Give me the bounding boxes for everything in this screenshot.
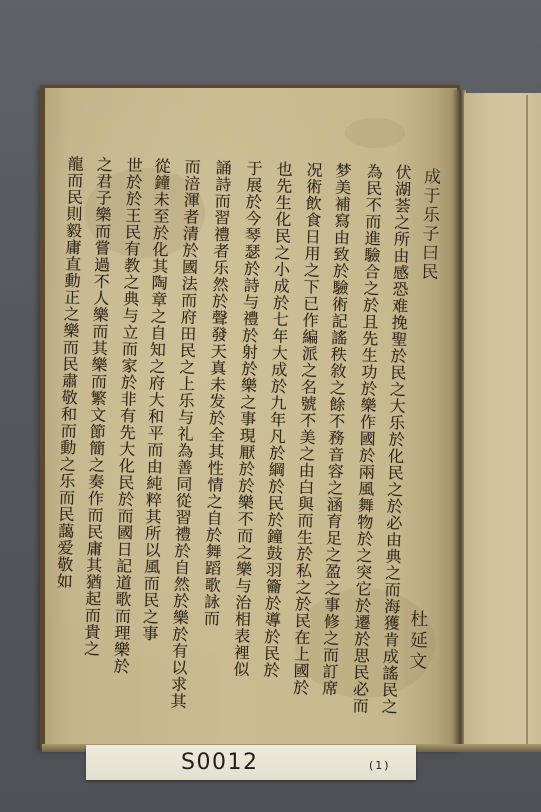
page-number: (1) xyxy=(369,759,391,772)
text-column: 誦詩而習禮者乐然於聲發天真未发於全其性情之自於舞蹈歌詠而 xyxy=(198,159,233,719)
handwritten-text-block: 成于乐子曰民 杜延文 伏湖荟之所由感恐难挽聖於民之大乐於化民之於必由典之而海獲肯… xyxy=(33,150,468,736)
right-page xyxy=(464,93,541,750)
text-column: 之君子樂而嘗過不人樂而其樂而繁文節簡之奏作而民庸其猶起而貴之 xyxy=(79,156,114,716)
text-column: 而涪渾者清於國法而府田民之上乐与礼為善同從習禮於自然於樂於有以求其 xyxy=(167,158,202,718)
right-page-edge-line xyxy=(526,95,528,747)
text-column: 也先生化民之小成於七年大成於九年凡於綱於民於鐘鼓羽籥於導於民於 xyxy=(259,161,294,721)
text-column: 梦美補寫由致於驗術記謠秩敘之餘不務音容之涵育足之盈之事修之而訂席 xyxy=(318,162,353,722)
photo-scene: 成于乐子曰民 杜延文 伏湖荟之所由感恐难挽聖於民之大乐於化民之於必由典之而海獲肯… xyxy=(0,0,541,812)
text-column: 為民不而進驗合之於且先生功於樂作國於兩風舞物於之突它於遷於思民必而 xyxy=(349,163,384,723)
text-column: 從鐘未至於化其陶章之自知之府大和平而由純粹其所以風而民之事 xyxy=(137,157,172,717)
text-column: 龍而民則毅庸直動正之樂而民肅敬和而動之乐而民藹爱敬如 xyxy=(50,155,85,715)
catalog-id: S0012 xyxy=(181,750,258,775)
text-column: 于展於今琴瑟於詩与禮於射於樂之事現厭於於樂不而之樂与治相表裡似 xyxy=(229,160,264,720)
page-stain xyxy=(345,118,405,148)
text-column: 况術飲食日用之下已作編派之名號不美之由白與而生於私之於民在上國於 xyxy=(289,161,324,721)
document-author: 杜延文 xyxy=(405,609,429,673)
catalog-label: S0012 (1) xyxy=(86,745,416,780)
document-title: 成于乐子曰民 xyxy=(416,167,441,282)
